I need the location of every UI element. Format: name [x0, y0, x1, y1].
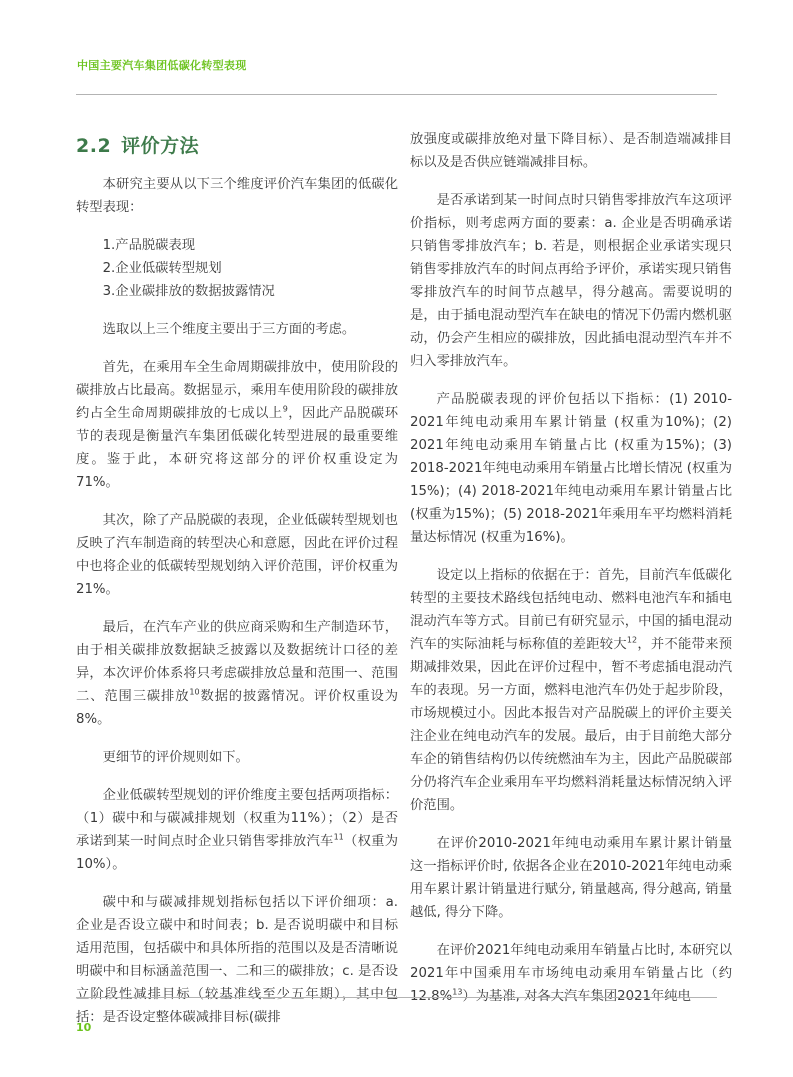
paragraph-text: ，并不能带来预期减排效果，因此在评价过程中，暂不考虑插电混动汽车的表现。另一方面…: [410, 637, 732, 813]
section-heading: 2.2评价方法: [76, 132, 398, 160]
footer-divider: [76, 997, 717, 998]
intro-paragraph: 本研究主要从以下三个维度评价汽车集团的低碳化转型表现：: [76, 173, 398, 219]
section-title: 评价方法: [121, 135, 199, 157]
cumulative-sales-paragraph: 在评价2010-2021年纯电动乘用车累计累计销量这一指标评价时, 依据各企业在…: [410, 832, 732, 924]
footnote-ref[interactable]: 12: [627, 636, 637, 645]
transition-plan-paragraph: 企业低碳转型规划的评价维度主要包括两项指标：（1）碳中和与碳减排规划（权重为11…: [76, 784, 398, 876]
first-reason-paragraph: 首先，在乘用车全生命周期碳排放中，使用阶段的碳排放占比最高。数据显示，乘用车使用…: [76, 356, 398, 494]
third-reason-paragraph: 最后，在汽车产业的供应商采购和生产制造环节，由于相关碳排放数据缺乏披露以及数据统…: [76, 616, 398, 731]
indicator-rationale-paragraph: 设定以上指标的依据在于：首先，目前汽车低碳化转型的主要技术路线包括纯电动、燃料电…: [410, 564, 732, 817]
footnote-ref[interactable]: 13: [452, 988, 462, 997]
continued-paragraph: 放强度或碳排放绝对量下降目标）、是否制造端减排目标以及是否供应链端减排目标。: [410, 128, 732, 174]
header-divider: [76, 94, 717, 95]
right-column: 放强度或碳排放绝对量下降目标）、是否制造端减排目标以及是否供应链端减排目标。 是…: [410, 128, 732, 1023]
product-indicators-paragraph: 产品脱碳表现的评价包括以下指标：(1) 2010-2021年纯电动乘用车累计销量…: [410, 388, 732, 549]
footnote-ref[interactable]: 11: [334, 833, 344, 842]
list-item: 3.企业碳排放的数据披露情况: [103, 280, 398, 303]
footnote-ref[interactable]: 10: [189, 688, 199, 697]
reason-intro-paragraph: 选取以上三个维度主要出于三方面的考虑。: [76, 318, 398, 341]
second-reason-paragraph: 其次，除了产品脱碳的表现，企业低碳转型规划也反映了汽车制造商的转型决心和意愿，因…: [76, 509, 398, 601]
detail-rules-paragraph: 更细节的评价规则如下。: [76, 746, 398, 769]
list-item: 1.产品脱碳表现: [103, 234, 398, 257]
left-column: 2.2评价方法 本研究主要从以下三个维度评价汽车集团的低碳化转型表现： 1.产品…: [76, 128, 398, 1044]
page-number: 10: [76, 1021, 91, 1034]
zero-emission-paragraph: 是否承诺到某一时间点时只销售零排放汽车这项评价指标，则考虑两方面的要素：a. 企…: [410, 189, 732, 373]
dimension-list: 1.产品脱碳表现 2.企业低碳转型规划 3.企业碳排放的数据披露情况: [76, 234, 398, 303]
section-number: 2.2: [76, 135, 111, 157]
running-header-title: 中国主要汽车集团低碳化转型表现: [77, 57, 247, 73]
list-item: 2.企业低碳转型规划: [103, 257, 398, 280]
carbon-neutral-criteria-paragraph: 碳中和与碳减排规划指标包括以下评价细项：a. 企业是否设立碳中和时间表；b. 是…: [76, 891, 398, 1029]
